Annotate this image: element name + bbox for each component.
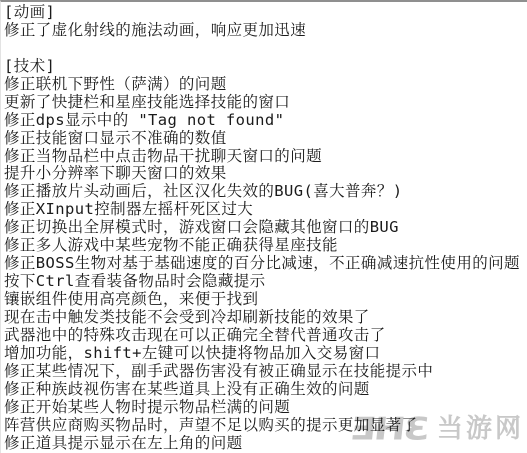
changelog-line: 修正dps显示中的 "Tag not found" — [4, 112, 527, 130]
changelog-line: 修正联机下野性（萨满）的问题 — [4, 76, 527, 94]
changelog-line: 修正开始某些人物时提示物品栏满的问题 — [4, 399, 527, 417]
changelog-line: 修正当物品栏中点击物品干扰聊天窗口的问题 — [4, 148, 527, 166]
changelog-line: 修正种族歧视伤害在某些道具上没有正确生效的问题 — [4, 381, 527, 399]
changelog-line: 修正某些情况下，副手武器伤害没有被正确显示在技能提示中 — [4, 363, 527, 381]
changelog-line: 修正道具提示显示在左上角的问题 — [4, 435, 527, 453]
changelog-line: 修正BOSS生物对基于基础速度的百分比减速，不正确减速抗性使用的问题 — [4, 255, 527, 273]
changelog-line: 镶嵌组件使用高亮颜色，来便于找到 — [4, 291, 527, 309]
changelog-text: [动画]修正了虚化射线的施法动画，响应更加迅速[技术]修正联机下野性（萨满）的问… — [1, 2, 527, 452]
changelog-line: 现在击中触发类技能不会受到冷却刷新技能的效果了 — [4, 309, 527, 327]
changelog-line: 更新了快捷栏和星座技能选择技能的窗口 — [4, 94, 527, 112]
blank-line — [4, 40, 527, 58]
changelog-line: 提升小分辨率下聊天窗口的效果 — [4, 165, 527, 183]
changelog-line: 武器池中的特殊攻击现在可以正确完全替代普通攻击了 — [4, 327, 527, 345]
changelog-line: 修正多人游戏中某些宠物不能正确获得星座技能 — [4, 237, 527, 255]
section-header: [技术] — [4, 58, 527, 76]
changelog-line: 修正了虚化射线的施法动画，响应更加迅速 — [4, 22, 527, 40]
changelog-line: 增加功能，shift+左键可以快捷将物品加入交易窗口 — [4, 345, 527, 363]
changelog-line: 修正播放片头动画后，社区汉化失效的BUG(喜大普奔？) — [4, 183, 527, 201]
changelog-line: 修正技能窗口显示不准确的数值 — [4, 130, 527, 148]
section-header: [动画] — [4, 4, 527, 22]
changelog-line: 修正XInput控制器左摇杆死区过大 — [4, 201, 527, 219]
changelog-line: 按下Ctrl查看装备物品时会隐藏提示 — [4, 273, 527, 291]
changelog-line: 阵营供应商购买物品时，声望不足以购买的提示更加显著了 — [4, 417, 527, 435]
changelog-line: 修正切换出全屏模式时，游戏窗口会隐藏其他窗口的BUG — [4, 219, 527, 237]
patch-notes-page: [动画]修正了虚化射线的施法动画，响应更加迅速[技术]修正联机下野性（萨满）的问… — [0, 0, 527, 453]
